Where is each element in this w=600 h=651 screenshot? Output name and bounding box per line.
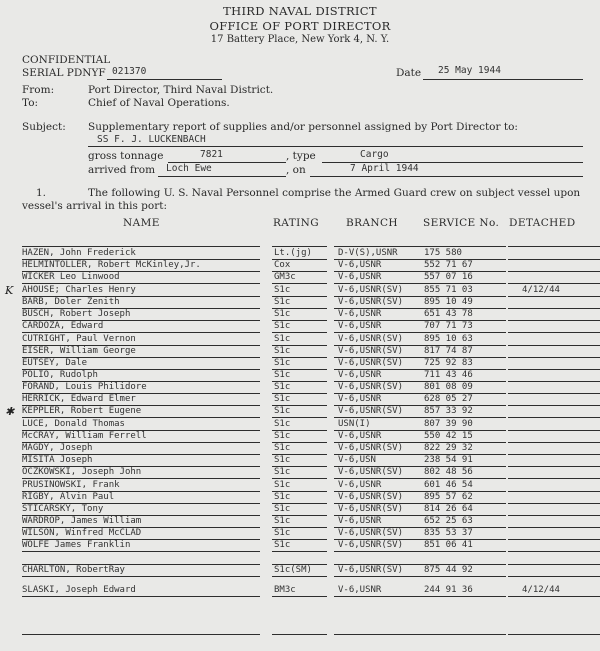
detached-cell: 4/12/44 xyxy=(508,584,600,597)
paragraph-number: 1. xyxy=(36,187,46,199)
branch-cell xyxy=(334,622,418,635)
serial-label: SERIAL PDNYF xyxy=(22,67,106,79)
table-row: WICKER Leo LinwoodGM3cV-6,USNR557 07 16 xyxy=(0,271,600,284)
branch-cell: V-6,USNR xyxy=(334,271,418,284)
serial-value: 021370 xyxy=(112,66,146,77)
to-value: Chief of Naval Operations. xyxy=(88,97,230,109)
name-cell: CHARLTON, RobertRay xyxy=(22,564,260,577)
detached-cell xyxy=(508,539,600,552)
detached-cell xyxy=(508,271,600,284)
rating-cell: GM3c xyxy=(272,271,327,284)
branch-cell: V-6,USNR(SV) xyxy=(334,564,418,577)
classification-label: CONFIDENTIAL xyxy=(22,54,110,66)
name-cell xyxy=(22,234,260,247)
rating-cell xyxy=(272,622,327,635)
arrived-from-underline xyxy=(158,176,286,177)
subject-label: Subject: xyxy=(22,121,66,133)
detached-cell xyxy=(508,564,600,577)
service-no-cell xyxy=(418,234,506,247)
table-row: OCZKOWSKI, Joseph JohnS1cV-6,USNR(SV)802… xyxy=(0,466,600,479)
name-cell: WICKER Leo Linwood xyxy=(22,271,260,284)
branch-cell: V-6,USNR xyxy=(334,584,418,597)
rating-cell: S1c xyxy=(272,466,327,479)
name-cell xyxy=(22,622,260,635)
service-no-cell: 707 71 73 xyxy=(418,320,506,333)
paragraph-line1: The following U. S. Naval Personnel comp… xyxy=(88,187,580,199)
name-cell: OCZKOWSKI, Joseph John xyxy=(22,466,260,479)
detached-cell xyxy=(508,320,600,333)
name-cell: SLASKI, Joseph Edward xyxy=(22,584,260,597)
type-value: Cargo xyxy=(360,149,389,160)
detached-cell xyxy=(508,466,600,479)
from-label: From: xyxy=(22,84,54,96)
rating-cell xyxy=(272,234,327,247)
row-mark: ✱ xyxy=(5,405,14,418)
subject-text: Supplementary report of supplies and/or … xyxy=(88,121,518,133)
table-row xyxy=(0,234,600,247)
paragraph-line2: vessel's arrival in this port: xyxy=(22,200,167,212)
name-cell: WOLFE James Franklin xyxy=(22,539,260,552)
vessel-underline xyxy=(88,146,583,147)
branch-cell: V-6,USNR(SV) xyxy=(334,405,418,418)
table-row: ✱KEPPLER, Robert EugeneS1cV-6,USNR(SV)85… xyxy=(0,405,600,418)
rating-cell: S1c xyxy=(272,539,327,552)
branch-cell: V-6,USNR(SV) xyxy=(334,466,418,479)
arrived-from-label: arrived from xyxy=(88,164,155,176)
service-no-cell: 851 06 41 xyxy=(418,539,506,552)
service-no-cell: 244 91 36 xyxy=(418,584,506,597)
branch-cell: V-6,USNR xyxy=(334,320,418,333)
rating-cell: BM3c xyxy=(272,584,327,597)
table-row: WOLFE James FranklinS1cV-6,USNR(SV)851 0… xyxy=(0,539,600,552)
service-no-cell: 857 33 92 xyxy=(418,405,506,418)
detached-cell xyxy=(508,405,600,418)
date-label: Date xyxy=(396,67,421,79)
column-header-branch: BRANCH xyxy=(346,217,398,229)
document-page: THIRD NAVAL DISTRICT OFFICE OF PORT DIRE… xyxy=(0,0,600,651)
vessel-name: SS F. J. LUCKENBACH xyxy=(97,134,206,145)
service-no-cell: 875 44 92 xyxy=(418,564,506,577)
gross-tonnage-label: gross tonnage xyxy=(88,150,163,162)
to-label: To: xyxy=(22,97,38,109)
letterhead-district: THIRD NAVAL DISTRICT xyxy=(0,4,600,18)
service-no-cell: 802 48 56 xyxy=(418,466,506,479)
table-row: SLASKI, Joseph EdwardBM3cV-6,USNR244 91 … xyxy=(0,584,600,597)
branch-cell: V-6,USNR(SV) xyxy=(334,539,418,552)
detached-cell xyxy=(508,234,600,247)
arrived-from-value: Loch Ewe xyxy=(166,163,212,174)
date-value: 25 May 1944 xyxy=(438,65,501,76)
type-label: , type xyxy=(286,150,316,162)
column-header-rating: RATING xyxy=(273,217,319,229)
on-date-underline xyxy=(310,176,583,177)
detached-cell xyxy=(508,622,600,635)
rating-cell: S1c(SM) xyxy=(272,564,327,577)
date-underline xyxy=(423,79,583,80)
from-value: Port Director, Third Naval District. xyxy=(88,84,273,96)
name-cell: KEPPLER, Robert Eugene xyxy=(22,405,260,418)
gross-tonnage-value: 7821 xyxy=(200,149,223,160)
rating-cell: S1c xyxy=(272,320,327,333)
serial-underline xyxy=(107,79,222,80)
column-header-detached: DETACHED xyxy=(509,217,576,229)
rating-cell: S1c xyxy=(272,405,327,418)
letterhead-address: 17 Battery Place, New York 4, N. Y. xyxy=(0,34,600,45)
table-row: CARDOZA, EdwardS1cV-6,USNR707 71 73 xyxy=(0,320,600,333)
branch-cell xyxy=(334,234,418,247)
table-row: CHARLTON, RobertRayS1c(SM)V-6,USNR(SV)87… xyxy=(0,564,600,577)
column-header-service-no: SERVICE No. xyxy=(423,217,499,229)
name-cell: CARDOZA, Edward xyxy=(22,320,260,333)
column-header-name: NAME xyxy=(123,217,160,229)
service-no-cell: 557 07 16 xyxy=(418,271,506,284)
on-label: , on xyxy=(286,164,306,176)
on-date-value: 7 April 1944 xyxy=(350,163,419,174)
service-no-cell xyxy=(418,622,506,635)
table-row xyxy=(0,622,600,635)
letterhead-office: OFFICE OF PORT DIRECTOR xyxy=(0,19,600,33)
